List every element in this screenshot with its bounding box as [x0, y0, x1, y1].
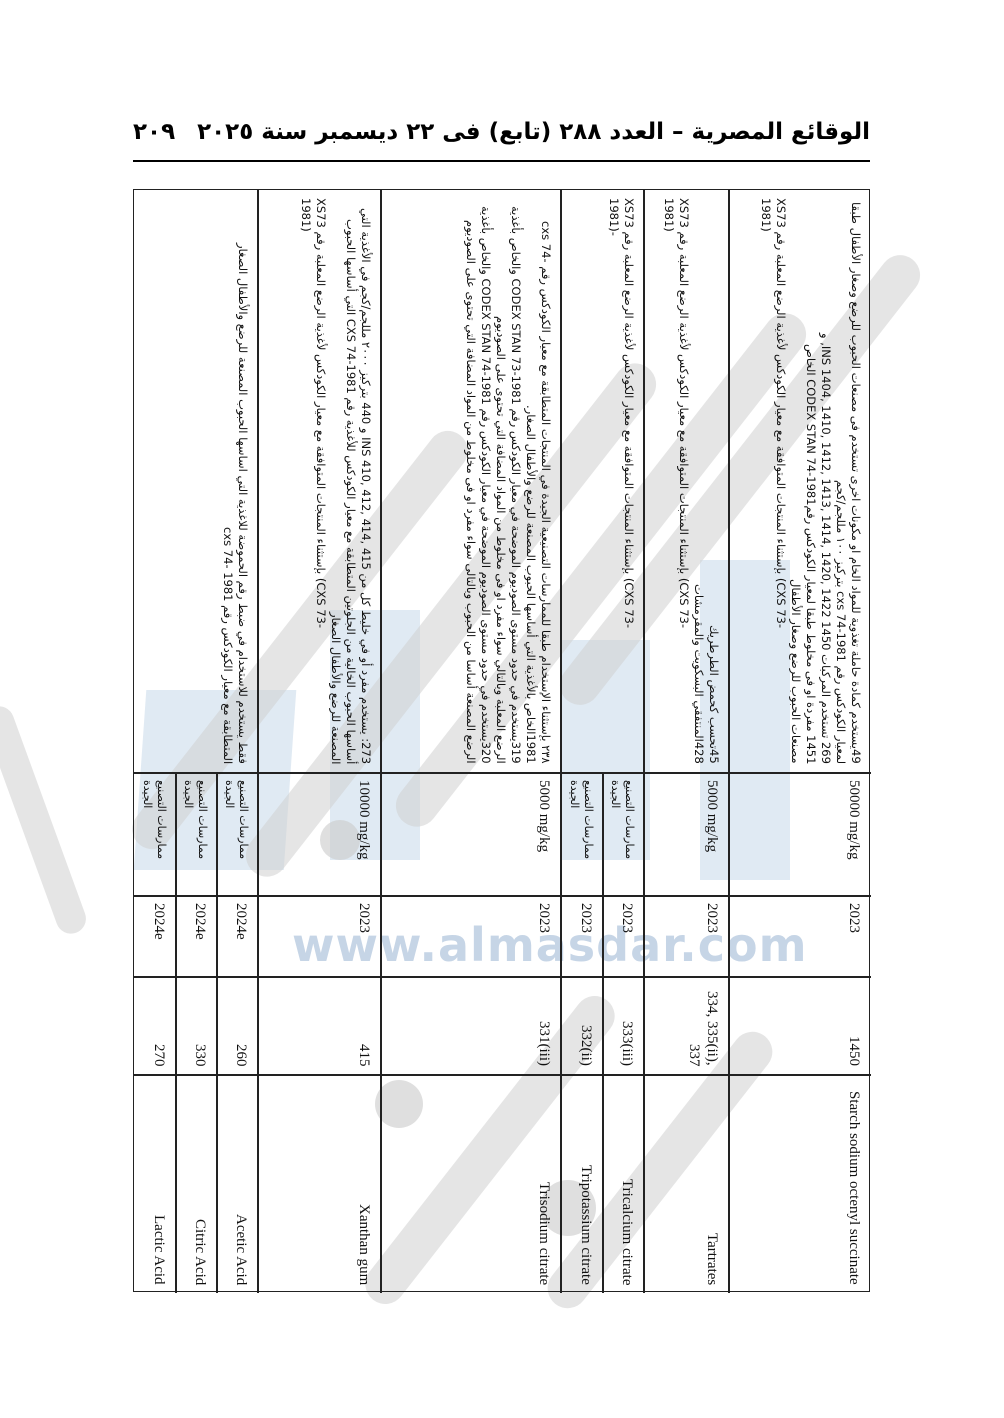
substance-name: Acetic Acid: [232, 1082, 250, 1285]
max-level: ممارسات التصنيع الجيدة: [181, 780, 209, 887]
row-divider: [216, 772, 218, 1293]
adoption-year: 2023: [703, 903, 721, 968]
notes-cell: ٢٣٨ بإستثناء الإستخدام طبقا للممارسات ال…: [463, 198, 553, 764]
row-divider: [728, 190, 730, 1293]
substance-name: Tartrates: [703, 1082, 721, 1285]
row-divider: [560, 190, 562, 1293]
substance-name: Starch sodium octenyl succinate: [845, 1082, 863, 1285]
notes-cell: XS73 بإستثناء المنتجات المتوافقة مع معيا…: [606, 198, 636, 764]
max-level: ممارسات التصنيع الجيدة: [222, 780, 250, 887]
watermark-arc-left: [0, 702, 90, 938]
ins-number: 1450: [845, 984, 863, 1066]
notes-cell: 45تحسب كحمض الطرطريك 428المنتفقي البسكوي…: [661, 198, 721, 764]
max-level: ممارسات التصنيع الجيدة: [140, 780, 168, 887]
substance-name: Tripotassium citrate: [577, 1082, 595, 1285]
max-level: 10000 mg/kg: [355, 780, 373, 887]
ins-number: 333(iii): [618, 984, 636, 1066]
header-title: الوقائع المصرية – العدد ٢٨٨ (تابع) فى ٢٢…: [197, 119, 870, 145]
header-rule: [133, 160, 870, 162]
adoption-year: 2024e: [150, 903, 168, 968]
page-header: الوقائع المصرية – العدد ٢٨٨ (تابع) فى ٢٢…: [133, 108, 870, 156]
adoption-year: 2023: [535, 903, 553, 968]
max-level: 5000 mg/kg: [703, 780, 721, 887]
notes-cell: 49يستخدم كمادة حاملة تغذوية للمواد الخام…: [758, 198, 863, 764]
substance-name: Tricalcium citrate: [618, 1082, 636, 1285]
max-level: 5000 mg/kg: [535, 780, 553, 887]
adoption-year: 2023: [618, 903, 636, 968]
row-divider: [643, 190, 645, 1293]
ins-number: 260: [232, 984, 250, 1066]
ins-number: 415: [355, 984, 373, 1066]
row-divider: [257, 190, 259, 1293]
page-number: ٢٠٩: [133, 119, 175, 145]
adoption-year: 2023: [845, 903, 863, 968]
row-divider: [175, 772, 177, 1293]
column-divider: [134, 976, 871, 978]
notes-cell: 273: يستخدم مفرد أو في خليط كل من INS 41…: [298, 198, 373, 764]
ins-number: 332(ii): [577, 984, 595, 1066]
adoption-year: 2023: [355, 903, 373, 968]
row-divider: [602, 772, 604, 1293]
column-divider: [134, 772, 871, 774]
adoption-year: 2024e: [191, 903, 209, 968]
column-divider: [134, 1074, 871, 1076]
max-level: ممارسات التصنيع الجيدة: [567, 780, 595, 887]
max-level: 50000 mg/kg: [845, 780, 863, 887]
ins-number: 270: [150, 984, 168, 1066]
substance-name: Xanthan gum: [355, 1082, 373, 1285]
ins-number: 330: [191, 984, 209, 1066]
column-divider: [134, 895, 871, 897]
adoption-year: 2024e: [232, 903, 250, 968]
notes-cell: فقط يستخدم للاستخدام في ضبط رقم الحموضة …: [220, 198, 250, 764]
substance-name: Citric Acid: [191, 1082, 209, 1285]
substance-name: Lactic Acid: [150, 1082, 168, 1285]
ins-number: 334, 335(ii), 337: [685, 984, 721, 1066]
additives-table: Starch sodium octenyl succinate145020235…: [133, 189, 870, 1292]
substance-name: Trisodium citrate: [535, 1082, 553, 1285]
max-level: ممارسات التصنيع الجيدة: [608, 780, 636, 887]
ins-number: 331(iii): [535, 984, 553, 1066]
row-divider: [380, 190, 382, 1293]
adoption-year: 2023: [577, 903, 595, 968]
